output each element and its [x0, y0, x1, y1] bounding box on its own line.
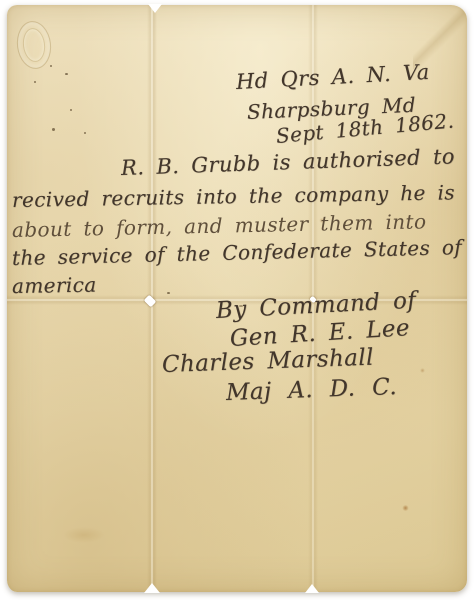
- body-line-1: R. B. Grubb is authorised to: [121, 144, 456, 180]
- foxing-spot: [402, 505, 409, 511]
- foxing-stain: [63, 527, 105, 543]
- ink-speck: [65, 73, 68, 75]
- letter-paper: Hd Qrs A. N. Va Sharpsburg Md Sept 18th …: [7, 5, 467, 592]
- foxing-spot: [420, 368, 425, 373]
- ink-speck: [70, 109, 72, 111]
- embossed-seal-inner-ring: [21, 27, 47, 63]
- letter-scan: Hd Qrs A. N. Va Sharpsburg Md Sept 18th …: [0, 0, 474, 600]
- ink-speck: [84, 132, 86, 134]
- ink-speck: [34, 81, 36, 83]
- body-line-2: recived recruits into the company he is: [12, 180, 455, 212]
- embossed-seal-icon: [14, 19, 54, 71]
- body-line-5: america: [12, 273, 97, 298]
- signature-rank-line: Maj A. D. C.: [226, 374, 398, 406]
- signature-name-line: Charles Marshall: [162, 345, 375, 378]
- ink-speck: [52, 128, 55, 131]
- header-headquarters-line: Hd Qrs A. N. Va: [235, 60, 430, 94]
- ink-speck: [50, 65, 52, 67]
- ink-speck: [167, 292, 170, 294]
